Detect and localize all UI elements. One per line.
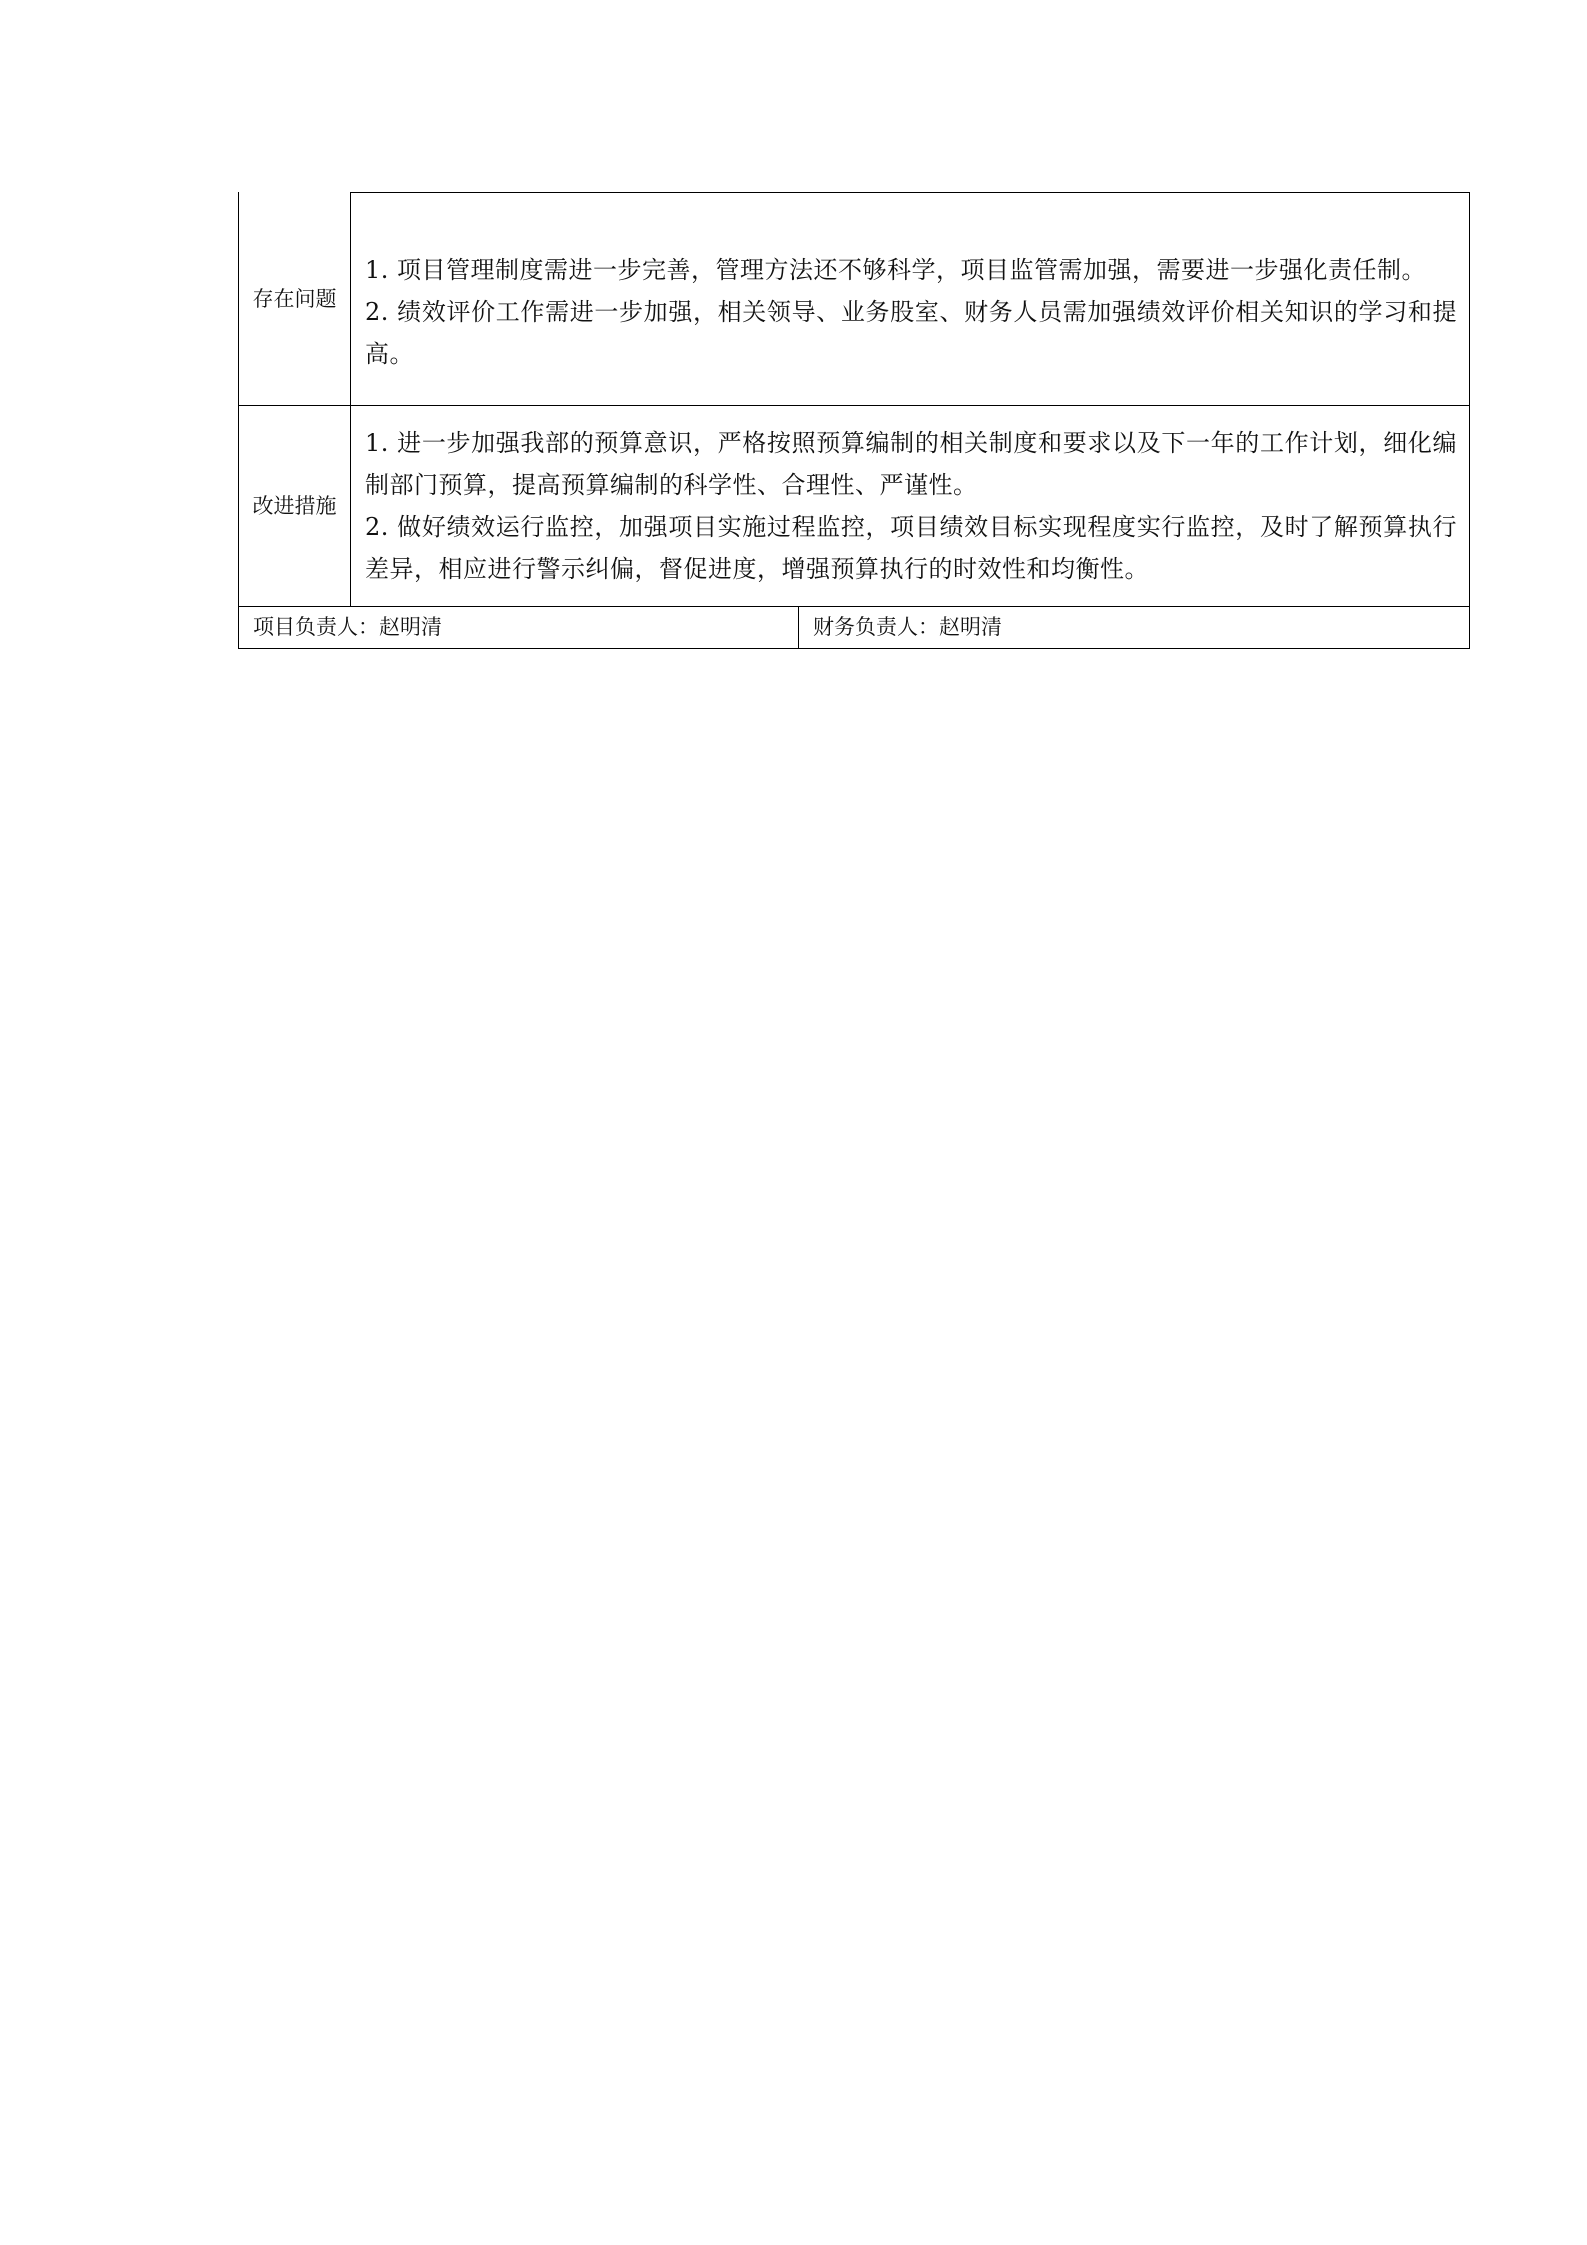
- issues-row: 存在问题 1. 项目管理制度需进一步完善，管理方法还不够科学，项目监管需加强，需…: [238, 192, 1470, 405]
- improvement-item: 2. 做好绩效运行监控，加强项目实施过程监控，项目绩效目标实现程度实行监控，及时…: [365, 506, 1457, 590]
- finance-lead: 财务负责人：赵明清: [799, 607, 1469, 648]
- improvement-item: 1. 进一步加强我部的预算意识，严格按照预算编制的相关制度和要求以及下一年的工作…: [365, 422, 1457, 506]
- signature-footer: 项目负责人：赵明清 财务负责人：赵明清: [238, 606, 1470, 649]
- issue-item: 1. 项目管理制度需进一步完善，管理方法还不够科学，项目监管需加强，需要进一步强…: [365, 249, 1457, 291]
- improvements-row: 改进措施 1. 进一步加强我部的预算意识，严格按照预算编制的相关制度和要求以及下…: [238, 405, 1470, 606]
- evaluation-table: 存在问题 1. 项目管理制度需进一步完善，管理方法还不够科学，项目监管需加强，需…: [238, 192, 1470, 649]
- improvements-label: 改进措施: [238, 406, 350, 606]
- issues-content: 1. 项目管理制度需进一步完善，管理方法还不够科学，项目监管需加强，需要进一步强…: [350, 192, 1470, 405]
- project-lead: 项目负责人：赵明清: [239, 607, 799, 648]
- improvements-content: 1. 进一步加强我部的预算意识，严格按照预算编制的相关制度和要求以及下一年的工作…: [350, 406, 1470, 606]
- issue-item: 2. 绩效评价工作需进一步加强，相关领导、业务股室、财务人员需加强绩效评价相关知…: [365, 291, 1457, 375]
- issues-label: 存在问题: [238, 192, 350, 405]
